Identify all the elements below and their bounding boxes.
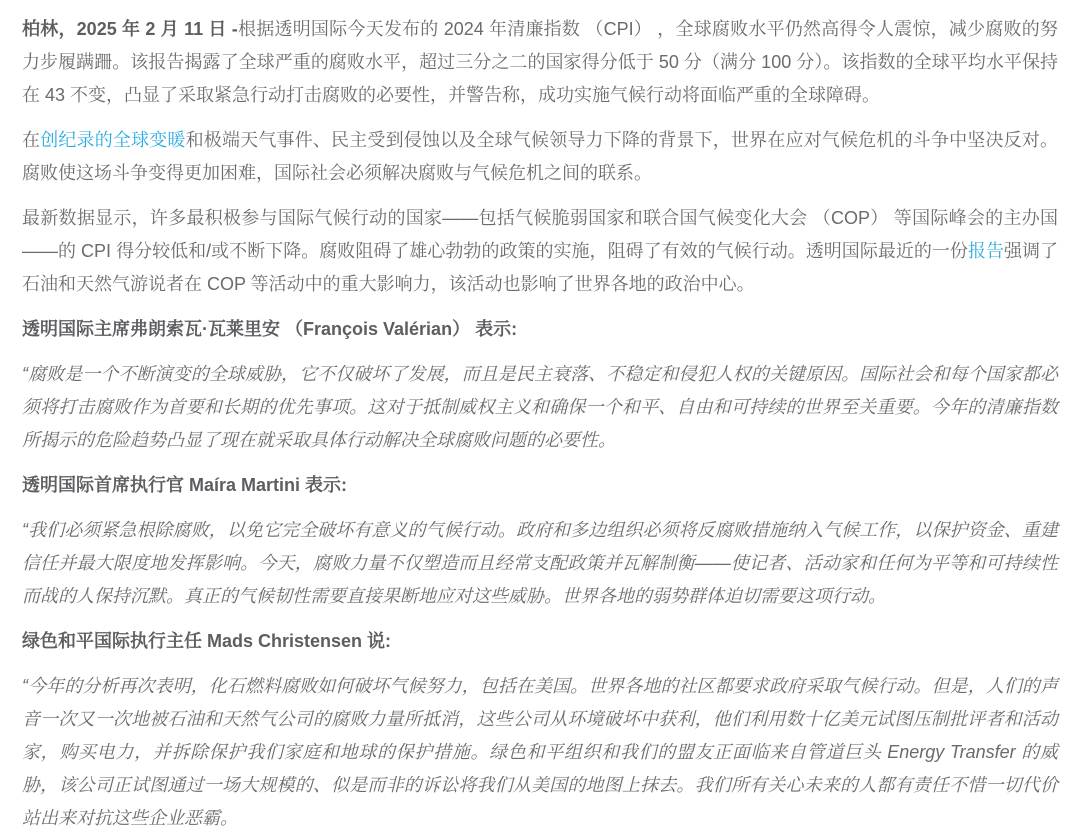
- heading-francois-valerian: 透明国际主席弗朗索瓦·瓦莱里安 （François Valérian） 表示:: [22, 313, 1058, 346]
- text-segment: 最新数据显示，许多最积极参与国际气候行动的国家——包括气候脆弱国家和联合国气候变…: [22, 208, 1058, 261]
- report-link[interactable]: 报告: [968, 241, 1004, 261]
- paragraph-climate-context: 在创纪录的全球变暖和极端天气事件、民主受到侵蚀以及全球气候领导力下降的背景下，世…: [22, 124, 1058, 190]
- paragraph-dateline-intro: 柏林，2025 年 2 月 11 日 -根据透明国际今天发布的 2024 年清廉…: [22, 13, 1058, 112]
- heading-mads-christensen: 绿色和平国际执行主任 Mads Christensen 说:: [22, 625, 1058, 658]
- article-body: 柏林，2025 年 2 月 11 日 -根据透明国际今天发布的 2024 年清廉…: [0, 0, 1080, 835]
- quote-mads-christensen: “今年的分析再次表明，化石燃料腐败如何破坏气候努力，包括在美国。世界各地的社区都…: [22, 670, 1058, 835]
- text-segment: “腐败是一个不断演变的全球威胁，它不仅破坏了发展，而且是民主衰落、不稳定和侵犯人…: [22, 364, 1058, 450]
- text-segment: “我们必须紧急根除腐败，以免它完全破坏有意义的气候行动。政府和多边组织必须将反腐…: [22, 520, 1058, 606]
- record-global-warming-link[interactable]: 创纪录的全球变暖: [40, 130, 185, 150]
- quote-maira-martini: “我们必须紧急根除腐败，以免它完全破坏有意义的气候行动。政府和多边组织必须将反腐…: [22, 514, 1058, 613]
- text-segment: 透明国际主席弗朗索瓦·瓦莱里安 （François Valérian） 表示:: [22, 319, 517, 339]
- quote-francois-valerian: “腐败是一个不断演变的全球威胁，它不仅破坏了发展，而且是民主衰落、不稳定和侵犯人…: [22, 358, 1058, 457]
- text-segment: 在: [22, 130, 40, 150]
- heading-maira-martini: 透明国际首席执行官 Maíra Martini 表示:: [22, 469, 1058, 502]
- text-segment: “今年的分析再次表明，化石燃料腐败如何破坏气候努力，包括在美国。世界各地的社区都…: [22, 676, 1058, 828]
- paragraph-cpi-data: 最新数据显示，许多最积极参与国际气候行动的国家——包括气候脆弱国家和联合国气候变…: [22, 202, 1058, 301]
- text-segment: 绿色和平国际执行主任 Mads Christensen 说:: [22, 631, 391, 651]
- text-segment: 透明国际首席执行官 Maíra Martini 表示:: [22, 475, 347, 495]
- dateline: 柏林，2025 年 2 月 11 日 -: [22, 19, 238, 39]
